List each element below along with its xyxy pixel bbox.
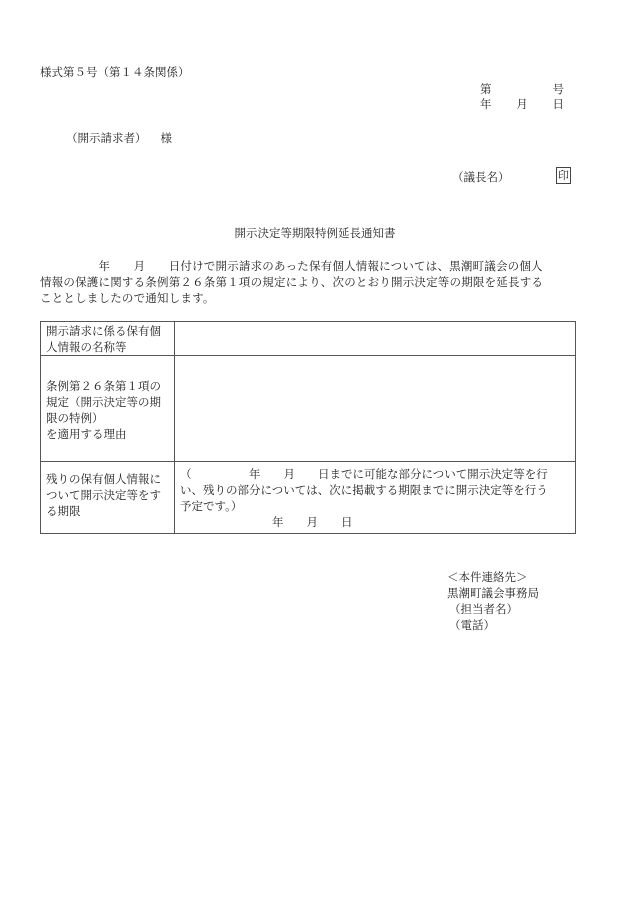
label-line: 限の特例） [46, 410, 169, 426]
value-line: （ 年 月 日までに可能な部分について開示決定等を行 [180, 466, 570, 482]
seal-stamp: 印 [556, 167, 571, 184]
label-line: る期限 [46, 503, 169, 519]
info-table: 開示請求に係る保有個 人情報の名称等 条例第２６条第１項の 規定（開示決定等の期… [40, 321, 576, 534]
row-value-reason[interactable] [175, 356, 576, 462]
row-label-deadline: 残りの保有個人情報に ついて開示決定等をす る期限 [41, 462, 175, 534]
row-value-info-name[interactable] [175, 322, 576, 356]
contact-office: 黒潮町議会事務局 [447, 585, 539, 601]
label-line: 規定（開示決定等の期 [46, 394, 169, 410]
sender-name: （議長名） [452, 169, 510, 185]
body-line: こととしましたので通知します。 [40, 290, 580, 306]
recipient: （開示請求者）様 [66, 130, 172, 146]
table-row: 開示請求に係る保有個 人情報の名称等 [41, 322, 576, 356]
label-line: 残りの保有個人情報に [46, 471, 169, 487]
table-row: 条例第２６条第１項の 規定（開示決定等の期 限の特例） を適用する理由 [41, 356, 576, 462]
body-line: 年 月 日付けで開示請求のあった保有個人情報については、黒潮町議会の個人 [40, 258, 580, 274]
date-month: 月 [516, 96, 528, 112]
contact-info: ＜本件連絡先＞ 黒潮町議会事務局 （担当者名） （電話） [447, 569, 539, 633]
label-line: を適用する理由 [46, 426, 169, 442]
doc-number-suffix: 号 [553, 81, 565, 97]
value-line: 予定です。） [180, 498, 570, 514]
recipient-honorific: 様 [161, 131, 173, 145]
form-number: 様式第５号（第１４条関係） [40, 64, 190, 80]
body-line: 情報の保護に関する条例第２６条第１項の規定により、次のとおり開示決定等の期限を延… [40, 274, 580, 290]
date-year: 年 [480, 96, 492, 112]
label-line: 条例第２６条第１項の [46, 378, 169, 394]
doc-number-prefix: 第 [480, 81, 492, 97]
document-number: 第 号 [480, 81, 564, 97]
value-line: い、残りの部分については、次に掲載する期限までに開示決定等を行う [180, 482, 570, 498]
row-label-info-name: 開示請求に係る保有個 人情報の名称等 [41, 322, 175, 356]
label-line: 人情報の名称等 [46, 339, 169, 355]
date-day: 日 [553, 96, 565, 112]
table-row: 残りの保有個人情報に ついて開示決定等をす る期限 （ 年 月 日までに可能な部… [41, 462, 576, 534]
recipient-name: （開示請求者） [66, 131, 147, 145]
document-date: 年 月 日 [480, 96, 564, 112]
row-label-reason: 条例第２６条第１項の 規定（開示決定等の期 限の特例） を適用する理由 [41, 356, 175, 462]
row-value-deadline[interactable]: （ 年 月 日までに可能な部分について開示決定等を行 い、残りの部分については、… [175, 462, 576, 534]
label-line: 開示請求に係る保有個 [46, 323, 169, 339]
contact-heading: ＜本件連絡先＞ [447, 569, 539, 585]
contact-person: （担当者名） [447, 601, 539, 617]
contact-phone: （電話） [447, 617, 539, 633]
label-line: ついて開示決定等をす [46, 487, 169, 503]
document-title: 開示決定等期限特例延長通知書 [0, 225, 630, 241]
value-line: 年 月 日 [180, 514, 570, 530]
body-paragraph: 年 月 日付けで開示請求のあった保有個人情報については、黒潮町議会の個人 情報の… [40, 258, 580, 306]
